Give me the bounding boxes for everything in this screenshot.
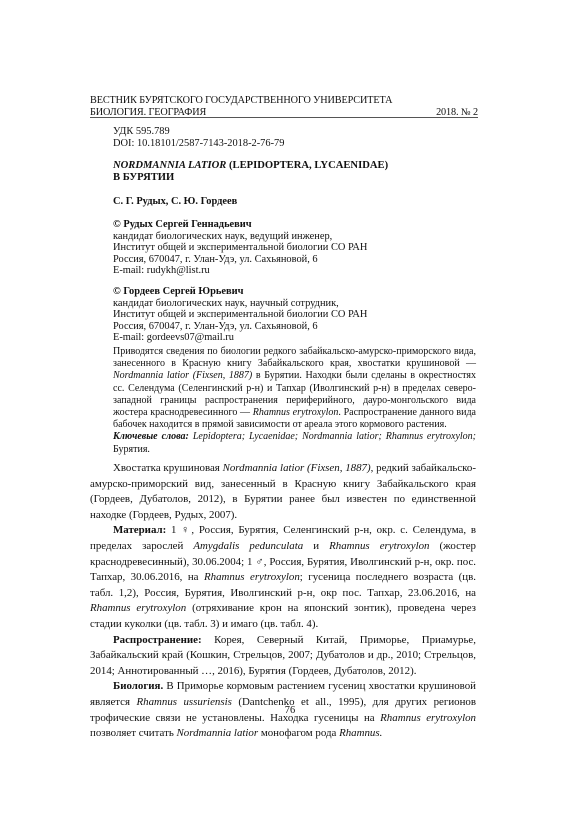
paragraph-distribution: Распространение: Корея, Северный Китай, … bbox=[90, 633, 476, 680]
keywords-label: Ключевые слова: bbox=[113, 431, 189, 442]
author-address: Россия, 670047, г. Улан-Удэ, ул. Сахьяно… bbox=[113, 321, 478, 333]
header-rule bbox=[90, 117, 478, 118]
section-label: Распространение: bbox=[113, 634, 202, 646]
title-taxa: (LEPIDOPTERA, LYCAENIDAE) bbox=[226, 160, 388, 171]
author-name: © Гордеев Сергей Юрьевич bbox=[113, 286, 478, 298]
article-meta: УДК 595.789 DOI: 10.18101/2587-7143-2018… bbox=[113, 126, 478, 149]
document-page: ВЕСТНИК БУРЯТСКОГО ГОСУДАРСТВЕННОГО УНИВ… bbox=[0, 0, 580, 820]
author-institute: Институт общей и экспериментальной биоло… bbox=[113, 309, 478, 321]
journal-name-line1: ВЕСТНИК БУРЯТСКОГО ГОСУДАРСТВЕННОГО УНИВ… bbox=[90, 95, 478, 107]
title-species: NORDMANNIA LATIOR bbox=[113, 160, 226, 171]
author-degree: кандидат биологических наук, научный сот… bbox=[113, 298, 478, 310]
author-degree: кандидат биологических наук, ведущий инж… bbox=[113, 231, 478, 243]
section-label: Биология. bbox=[113, 680, 163, 692]
doi: DOI: 10.18101/2587-7143-2018-2-76-79 bbox=[113, 138, 478, 150]
authors: С. Г. Рудых, С. Ю. Гордеев bbox=[113, 196, 478, 208]
author-email[interactable]: E-mail: gordeevs07@mail.ru bbox=[113, 332, 478, 344]
keywords: Ключевые слова: Lepidoptera; Lycaenidae;… bbox=[113, 431, 476, 455]
author-name: © Рудых Сергей Геннадьевич bbox=[113, 219, 478, 231]
author-affiliation-2: © Гордеев Сергей Юрьевич кандидат биолог… bbox=[113, 286, 478, 344]
article-body: Хвостатка крушиновая Nordmannia latior (… bbox=[90, 461, 476, 742]
section-label: Материал: bbox=[113, 524, 166, 536]
paragraph-material: Материал: 1 ♀, Россия, Бурятия, Селенгин… bbox=[90, 523, 476, 632]
article-title: NORDMANNIA LATIOR (LEPIDOPTERA, LYCAENID… bbox=[113, 160, 478, 184]
title-line2: В БУРЯТИИ bbox=[113, 172, 478, 184]
udk-code: УДК 595.789 bbox=[113, 126, 478, 138]
author-address: Россия, 670047, г. Улан-Удэ, ул. Сахьяно… bbox=[113, 254, 478, 266]
abstract: Приводятся сведения по биологии редкого … bbox=[113, 346, 476, 456]
author-affiliation-1: © Рудых Сергей Геннадьевич кандидат биол… bbox=[113, 219, 478, 277]
abstract-text: Приводятся сведения по биологии редкого … bbox=[113, 346, 476, 431]
author-institute: Институт общей и экспериментальной биоло… bbox=[113, 242, 478, 254]
running-header: ВЕСТНИК БУРЯТСКОГО ГОСУДАРСТВЕННОГО УНИВ… bbox=[90, 95, 478, 118]
paragraph-intro: Хвостатка крушиновая Nordmannia latior (… bbox=[90, 461, 476, 523]
author-email[interactable]: E-mail: rudykh@list.ru bbox=[113, 265, 478, 277]
page-number: 76 bbox=[0, 705, 580, 716]
